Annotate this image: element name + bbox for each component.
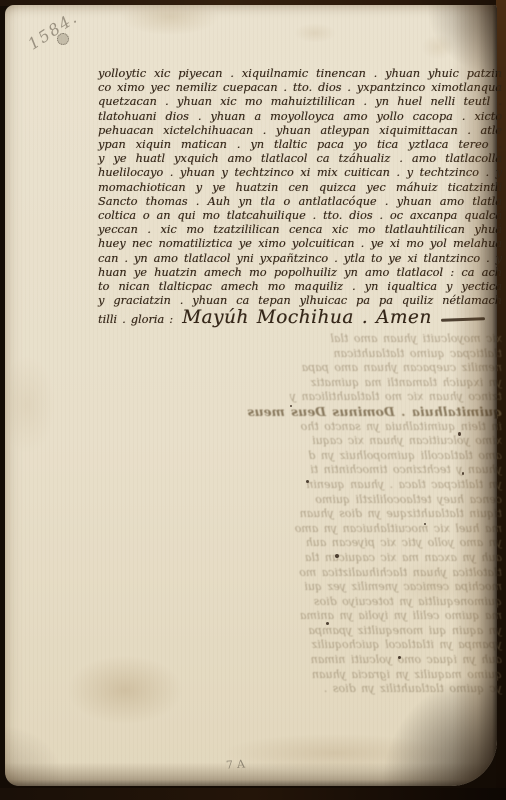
manuscript-page-photo: 1584. yolloytic xic piyecan . xiquilnami… xyxy=(0,0,506,800)
gutter-shadow-overlay xyxy=(5,5,497,786)
page-paper: 1584. yolloytic xic piyecan . xiquilnami… xyxy=(5,5,497,786)
book-binding-bottom-edge xyxy=(0,788,506,800)
